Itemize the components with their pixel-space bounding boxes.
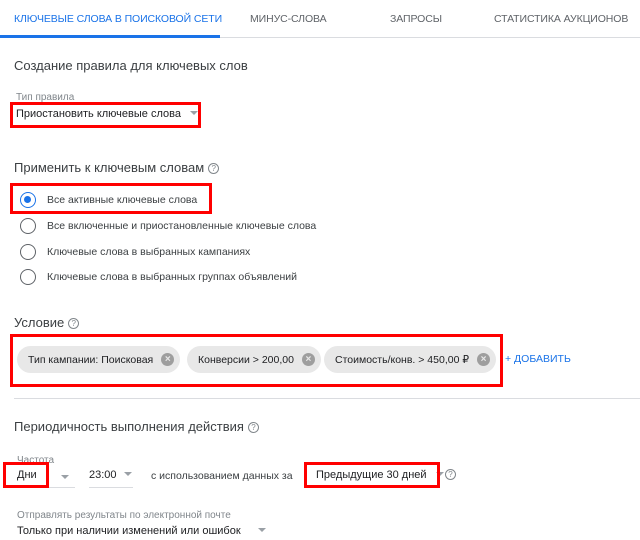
data-range-text: с использованием данных за [151, 470, 293, 482]
tab-auction-insights[interactable]: Статистика аукционов [494, 0, 628, 38]
email-label: Отправлять результаты по электронной поч… [17, 510, 231, 521]
help-icon[interactable]: ? [68, 318, 79, 329]
apply-section-title: Применить к ключевым словам? [14, 160, 219, 175]
email-value: Только при наличии изменений или ошибок [17, 525, 241, 537]
radio-label: Ключевые слова в выбранных кампаниях [47, 246, 250, 258]
help-icon[interactable]: ? [208, 163, 219, 174]
section-divider [14, 398, 640, 399]
tab-search-keywords[interactable]: Ключевые слова в поисковой сети [14, 0, 222, 38]
schedule-section-title: Периодичность выполнения действия? [14, 419, 259, 434]
schedule-section-title-text: Периодичность выполнения действия [14, 419, 244, 434]
active-tab-indicator [0, 35, 220, 38]
condition-section-title: Условие? [14, 315, 79, 330]
highlight-frequency [3, 462, 49, 488]
apply-section-title-text: Применить к ключевым словам [14, 160, 204, 175]
highlight-apply-option [10, 183, 212, 214]
radio-unchecked-icon[interactable] [20, 269, 36, 285]
tab-bar: Ключевые слова в поисковой сети Минус-сл… [0, 0, 640, 38]
tab-negative-keywords[interactable]: Минус-слова [250, 0, 326, 38]
radio-unchecked-icon[interactable] [20, 218, 36, 234]
highlight-rule-type [10, 102, 201, 128]
add-condition-button[interactable]: + ДОБАВИТЬ [505, 353, 571, 365]
email-select[interactable]: Только при наличии изменений или ошибок [17, 525, 266, 537]
highlight-conditions [10, 334, 503, 387]
time-underline [89, 487, 133, 488]
radio-selected-campaigns[interactable]: Ключевые слова в выбранных кампаниях [20, 242, 250, 262]
dropdown-caret-icon [61, 475, 69, 479]
dropdown-caret-icon [124, 472, 132, 476]
radio-unchecked-icon[interactable] [20, 244, 36, 260]
radio-selected-ad-groups[interactable]: Ключевые слова в выбранных группах объяв… [20, 267, 297, 287]
highlight-data-range [304, 462, 440, 488]
rule-section-title: Создание правила для ключевых слов [14, 58, 248, 73]
tab-search-terms[interactable]: Запросы [390, 0, 442, 38]
radio-label: Все включенные и приостановленные ключев… [47, 220, 316, 232]
help-icon[interactable]: ? [445, 469, 456, 480]
time-value: 23:00 [89, 469, 117, 481]
help-icon[interactable]: ? [248, 422, 259, 433]
radio-label: Ключевые слова в выбранных группах объяв… [47, 271, 297, 283]
time-select[interactable]: 23:00 [89, 469, 133, 481]
radio-all-enabled-paused[interactable]: Все включенные и приостановленные ключев… [20, 216, 316, 236]
condition-section-title-text: Условие [14, 315, 64, 330]
dropdown-caret-icon [258, 528, 266, 532]
